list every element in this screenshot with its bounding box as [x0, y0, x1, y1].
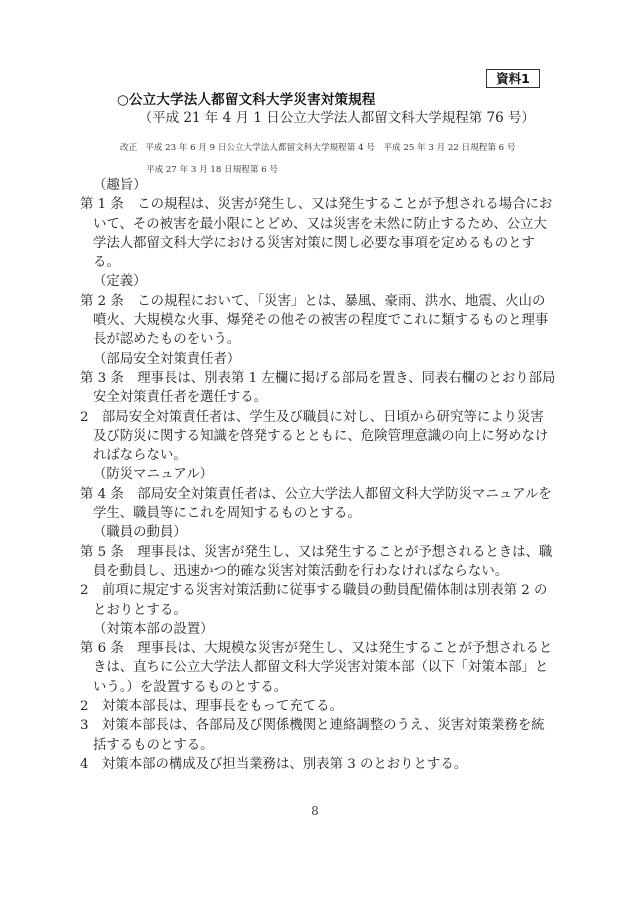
article-continuation-line: 括するものとする。 [80, 736, 536, 755]
article-paragraph: 2 部局安全対策責任者は、学生及び職員に対し、日頃から研究等により災害及び防災に… [80, 408, 536, 466]
article-continuation-line: 安全対策責任者を選任する。 [80, 388, 536, 407]
article-paragraph: 第 6 条 理事長は、大規模な災害が発生し、又は発生することが予想されるときは、… [80, 639, 536, 697]
article-continuation-line: 長が認めたものをいう。 [80, 330, 536, 349]
material-label-box: 資料1 [486, 69, 540, 88]
amendment-history: 改正平成 23 年 6 月 9 日公立大学法人都留文科大学規程第 4 号 平成 … [120, 137, 515, 181]
article-first-line: 2 前項に規定する災害対策活動に従事する職員の動員配備体制は別表第 2 の [80, 581, 536, 600]
article-continuation-line: る。 [80, 253, 536, 272]
article-paragraph: 第 5 条 理事長は、災害が発生し、又は発生することが予想されるときは、職員を動… [80, 543, 536, 582]
article-continuation-line: 噴火、大規模な火事、爆発その他その被害の程度でこれに類するものと理事 [80, 311, 536, 330]
article-continuation-line: ればならない。 [80, 446, 536, 465]
section-heading: （職員の動員） [80, 523, 536, 542]
article-continuation-line: いう。）を設置するものとする。 [80, 678, 536, 697]
article-first-line: 第 4 条 部局安全対策責任者は、公立大学法人都留文科大学防災マニュアルを [80, 485, 536, 504]
article-paragraph: 4 対策本部の構成及び担当業務は、別表第 3 のとおりとする。 [80, 755, 536, 774]
article-first-line: 第 2 条 この規程において、「災害」とは、暴風、豪雨、洪水、地震、火山の [80, 292, 536, 311]
section-heading: （定義） [80, 272, 536, 291]
article-paragraph: 2 前項に規定する災害対策活動に従事する職員の動員配備体制は別表第 2 のとおり… [80, 581, 536, 620]
article-continuation-line: 学法人都留文科大学における災害対策に関し必要な事項を定めるものとす [80, 234, 536, 253]
article-continuation-line: いて、その被害を最小限にとどめ、又は災害を未然に防止するため、公立大 [80, 215, 536, 234]
article-paragraph: 第 3 条 理事長は、別表第 1 左欄に掲げる部局を置き、同表右欄のとおり部局安… [80, 369, 536, 408]
article-first-line: 第 6 条 理事長は、大規模な災害が発生し、又は発生することが予想されると [80, 639, 536, 658]
article-paragraph: 3 対策本部長は、各部局及び関係機関と連絡調整のうえ、災害対策業務を統括するもの… [80, 716, 536, 755]
article-continuation-line: とおりとする。 [80, 601, 536, 620]
amendment-line-1: 平成 23 年 6 月 9 日公立大学法人都留文科大学規程第 4 号 平成 25… [145, 143, 515, 153]
article-paragraph: 2 対策本部長は、理事長をもって充てる。 [80, 697, 536, 716]
article-continuation-line: 員を動員し、迅速かつ的確な災害対策活動を行わなければならない。 [80, 562, 536, 581]
article-first-line: 3 対策本部長は、各部局及び関係機関と連絡調整のうえ、災害対策業務を統 [80, 716, 536, 735]
article-paragraph: 第 4 条 部局安全対策責任者は、公立大学法人都留文科大学防災マニュアルを学生、… [80, 485, 536, 524]
article-first-line: 2 部局安全対策責任者は、学生及び職員に対し、日頃から研究等により災害 [80, 408, 536, 427]
regulation-title: ○公立大学法人都留文科大学災害対策規程 [117, 90, 376, 110]
article-first-line: 第 1 条 この規程は、災害が発生し、又は発生することが予想される場合にお [80, 195, 536, 214]
article-continuation-line: きは、直ちに公立大学法人都留文科大学災害対策本部（以下「対策本部」と [80, 658, 536, 677]
article-continuation-line: 学生、職員等にこれを周知するものとする。 [80, 504, 536, 523]
regulation-subtitle: （平成 21 年 4 月 1 日公立大学法人都留文科大学規程第 76 号） [139, 108, 535, 128]
page-number: 8 [0, 804, 630, 818]
article-paragraph: 第 1 条 この規程は、災害が発生し、又は発生することが予想される場合において、… [80, 195, 536, 272]
section-heading: （対策本部の設置） [80, 620, 536, 639]
amendment-keyword: 改正 [120, 143, 137, 153]
article-first-line: 2 対策本部長は、理事長をもって充てる。 [80, 697, 536, 716]
article-first-line: 第 3 条 理事長は、別表第 1 左欄に掲げる部局を置き、同表右欄のとおり部局 [80, 369, 536, 388]
section-heading: （防災マニュアル） [80, 465, 536, 484]
document-page: 資料1 ○公立大学法人都留文科大学災害対策規程 （平成 21 年 4 月 1 日… [0, 0, 630, 903]
section-heading: （部局安全対策責任者） [80, 350, 536, 369]
regulation-body: （趣旨）第 1 条 この規程は、災害が発生し、又は発生することが予想される場合に… [80, 176, 536, 774]
article-first-line: 4 対策本部の構成及び担当業務は、別表第 3 のとおりとする。 [80, 755, 536, 774]
article-paragraph: 第 2 条 この規程において、「災害」とは、暴風、豪雨、洪水、地震、火山の噴火、… [80, 292, 536, 350]
section-heading: （趣旨） [80, 176, 536, 195]
article-continuation-line: 及び防災に関する知識を啓発するとともに、危険管理意識の向上に努めなけ [80, 427, 536, 446]
article-first-line: 第 5 条 理事長は、災害が発生し、又は発生することが予想されるときは、職 [80, 543, 536, 562]
